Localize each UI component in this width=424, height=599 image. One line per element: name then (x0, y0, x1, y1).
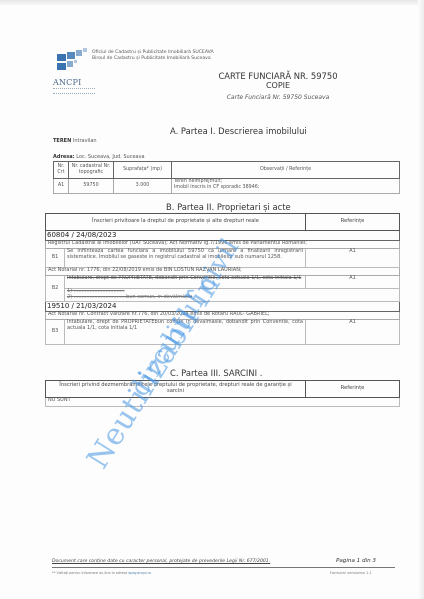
col-nr-crt: Nr. Crt (54, 162, 69, 179)
owners-table: Înscrieri privitoare la dreptul de propr… (45, 213, 400, 345)
col-observatii: Observații / Referințe (172, 162, 400, 179)
address-label: Adresa: (53, 154, 75, 160)
table-row: B2 Intabulare, drept de PROPRIETATE, dob… (46, 276, 400, 289)
document-subtitle: Carte Funciară Nr. 59750 Suceava (66, 94, 424, 101)
encumbrances-table: Înscrieri privind dezmembrămintele drept… (45, 380, 400, 407)
table-header-row: Înscrieri privind dezmembrămintele drept… (46, 381, 400, 398)
table-row-sub: 1) ................................ 2) .… (46, 289, 400, 302)
table-row: B3 Intabulare, drept de PROPRIETATEbun c… (46, 320, 400, 345)
scan-edge-top (0, 0, 424, 6)
footer-link[interactable]: epay.ancpi.ro (128, 571, 151, 575)
document-title: CARTE FUNCIARĂ NR. 59750 (66, 71, 424, 81)
address-value: Loc. Suceava, Jud. Suceava (75, 154, 145, 160)
col-suprafata: Suprafața* (mp) (114, 162, 172, 179)
entry-text: Intabulare, drept de PROPRIETATEbun comu… (65, 320, 306, 345)
encumbrances-value: NU SUNT (46, 398, 400, 407)
registration-number-date: 19510 / 21/03/2024 (46, 302, 400, 312)
footer-note: ** Vizitați pentru informare on-line la … (52, 571, 151, 575)
col-inscrieri-sarcini: Înscrieri privind dezmembrămintele drept… (46, 381, 306, 398)
document-page: ANCPI Oficiul de Cadastru și Publicitate… (0, 0, 424, 599)
table-row: NU SUNT (46, 398, 400, 407)
part-b-heading: B. Partea II. Proprietari și acte (166, 202, 291, 212)
document-copy-label: COPIE (66, 81, 424, 90)
entry-sub-lines: 1) ................................ 2) .… (65, 289, 400, 302)
entry-text-struck: Intabulare, drept de PROPRIETATE, doband… (65, 276, 306, 289)
registration-number-date: 60804 / 24/08/2023 (46, 231, 400, 241)
privacy-notice: Document care conține date cu caracter p… (52, 559, 270, 564)
table-row: A1 59750 3.000 Teren neimprejmuit; Imobi… (54, 179, 400, 194)
entry-ref: A1 (306, 276, 400, 289)
office-name: Oficiul de Cadastru și Publicitate Imobi… (92, 50, 214, 62)
registration-date-row: 19510 / 21/03/2024 (46, 302, 400, 312)
form-version: Formular versiunea 1.1 (330, 571, 372, 575)
registration-date-row: 60804 / 24/08/2023 (46, 231, 400, 241)
entry-nr: B1 (46, 249, 65, 268)
address: Adresa: Loc. Suceava, Jud. Suceava (53, 154, 145, 160)
col-referinte: Referințe (306, 381, 400, 398)
entry-text: Se infiinteaza cartea funciara a imobilu… (65, 249, 306, 268)
entry-ref: A1 (306, 320, 400, 345)
table-header-row: Nr. Crt Nr. cadastral Nr. topografic Sup… (54, 162, 400, 179)
table-header-row: Înscrieri privitoare la dreptul de propr… (46, 214, 400, 231)
cell-suprafata: 3.000 (114, 179, 172, 194)
property-type-bold: TEREN (53, 138, 71, 144)
table-row: B1 Se infiinteaza cartea funciara a imob… (46, 249, 400, 268)
page-number: Pagina 1 din 3 (336, 558, 376, 564)
footer-divider (52, 567, 395, 568)
property-type-rest: Intravilan (71, 138, 96, 144)
sub-line-2: 2) .................................bun … (67, 295, 397, 301)
property-type: TEREN Intravilan (53, 138, 97, 144)
cell-nr: A1 (54, 179, 69, 194)
obs-line-2: Imobil inscris in CF sporadic 38946; (174, 185, 397, 191)
office-line-2: Biroul de Cadastru și Publicitate Imobil… (92, 56, 214, 62)
part-c-heading: C. Partea III. SARCINI . (170, 368, 262, 378)
entry-ref: A1 (306, 249, 400, 268)
property-table: Nr. Crt Nr. cadastral Nr. topografic Sup… (53, 161, 400, 194)
col-inscrieri: Înscrieri privitoare la dreptul de propr… (46, 214, 306, 231)
entry-nr: B2 (46, 276, 65, 302)
col-cadastral: Nr. cadastral Nr. topografic (69, 162, 114, 179)
cell-observatii: Teren neimprejmuit; Imobil inscris in CF… (172, 179, 400, 194)
col-referinte: Referințe (306, 214, 400, 231)
footer-note-text: ** Vizitați pentru informare on-line la … (52, 571, 128, 575)
part-a-heading: A. Partea I. Descrierea imobilului (170, 126, 307, 136)
cell-cadastral: 59750 (69, 179, 114, 194)
entry-nr: B3 (46, 320, 65, 345)
